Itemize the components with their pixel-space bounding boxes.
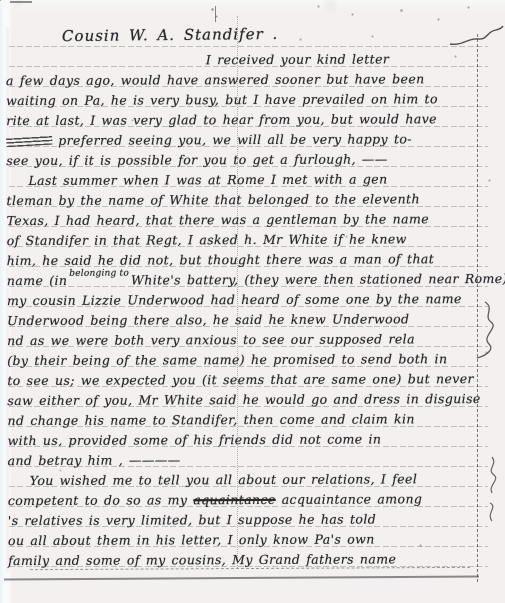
letter-line: ou all about them in his letter, I only … bbox=[8, 529, 500, 551]
photocopy-noise bbox=[0, 0, 1, 1]
letter-line-text: preferred seeing you, we will all be ver… bbox=[58, 131, 412, 148]
letter-line: (by their being of the same name) he pro… bbox=[7, 349, 499, 371]
salutation: Cousin W. A. Standifer . bbox=[62, 25, 278, 45]
letter-line: with us, provided some of his friends di… bbox=[8, 429, 500, 451]
struck-word: aquaintance bbox=[193, 492, 275, 507]
letter-line: rite at last, I was very glad to hear fr… bbox=[6, 109, 498, 131]
letter-line-text: competent to do so as my bbox=[8, 492, 188, 508]
letter-line: nd change his name to Standifer, then co… bbox=[7, 409, 499, 431]
ledger-line-stub bbox=[215, 6, 216, 22]
interlinear-insertion: belonging to bbox=[69, 269, 129, 279]
letter-line: name (inbelonging toWhite's battery, (th… bbox=[7, 269, 499, 291]
scanned-letter-page: Cousin W. A. Standifer . I received your… bbox=[0, 0, 505, 603]
letter-line: preferred seeing you, we will all be ver… bbox=[6, 129, 498, 151]
letter-line-text: acquaintance among bbox=[282, 491, 423, 507]
letter-line: Underwood being there also, he said he k… bbox=[7, 309, 499, 331]
letter-line: family and some of my cousins, My Grand … bbox=[8, 549, 500, 571]
corner-mark bbox=[10, 1, 32, 3]
letter-line: Last summer when I was at Rome I met wit… bbox=[6, 169, 498, 191]
letter-line: of Standifer in that Regt, I asked h. Mr… bbox=[7, 229, 499, 251]
letter-line: nd as we were both very anxious to see o… bbox=[7, 329, 499, 351]
letter-line: I received your kind letter bbox=[6, 49, 498, 71]
letter-body: I received your kind letter a few days a… bbox=[6, 49, 500, 571]
letter-line: saw either of you, Mr White said he woul… bbox=[7, 389, 499, 411]
letter-line: waiting on Pa, he is very busy, but I ha… bbox=[6, 89, 498, 111]
letter-line: You wished me to tell you all about our … bbox=[8, 469, 500, 491]
letter-line: Texas, I had heard, that there was a gen… bbox=[7, 209, 499, 231]
letter-line: competent to do so as my aquaintance acq… bbox=[8, 489, 500, 511]
letter-line-text: White's battery, (they were then station… bbox=[131, 271, 505, 288]
letter-line: a few days ago, would have answered soon… bbox=[6, 69, 498, 91]
scratched-out-word bbox=[6, 136, 52, 148]
letter-line-text: name (in bbox=[7, 273, 68, 288]
letter-line: tleman by the name of White that belonge… bbox=[6, 189, 498, 211]
letter-line: to see us; we expected you (it seems tha… bbox=[7, 369, 499, 391]
letter-line: and betray him , ———— bbox=[8, 449, 500, 471]
bottom-rule-solid bbox=[4, 576, 479, 581]
letter-line: 's relatives is very limited, but I supp… bbox=[8, 509, 500, 531]
letter-line: see you, if it is possible for you to ge… bbox=[6, 149, 498, 171]
letter-line: my cousin Lizzie Underwood had heard of … bbox=[7, 289, 499, 311]
